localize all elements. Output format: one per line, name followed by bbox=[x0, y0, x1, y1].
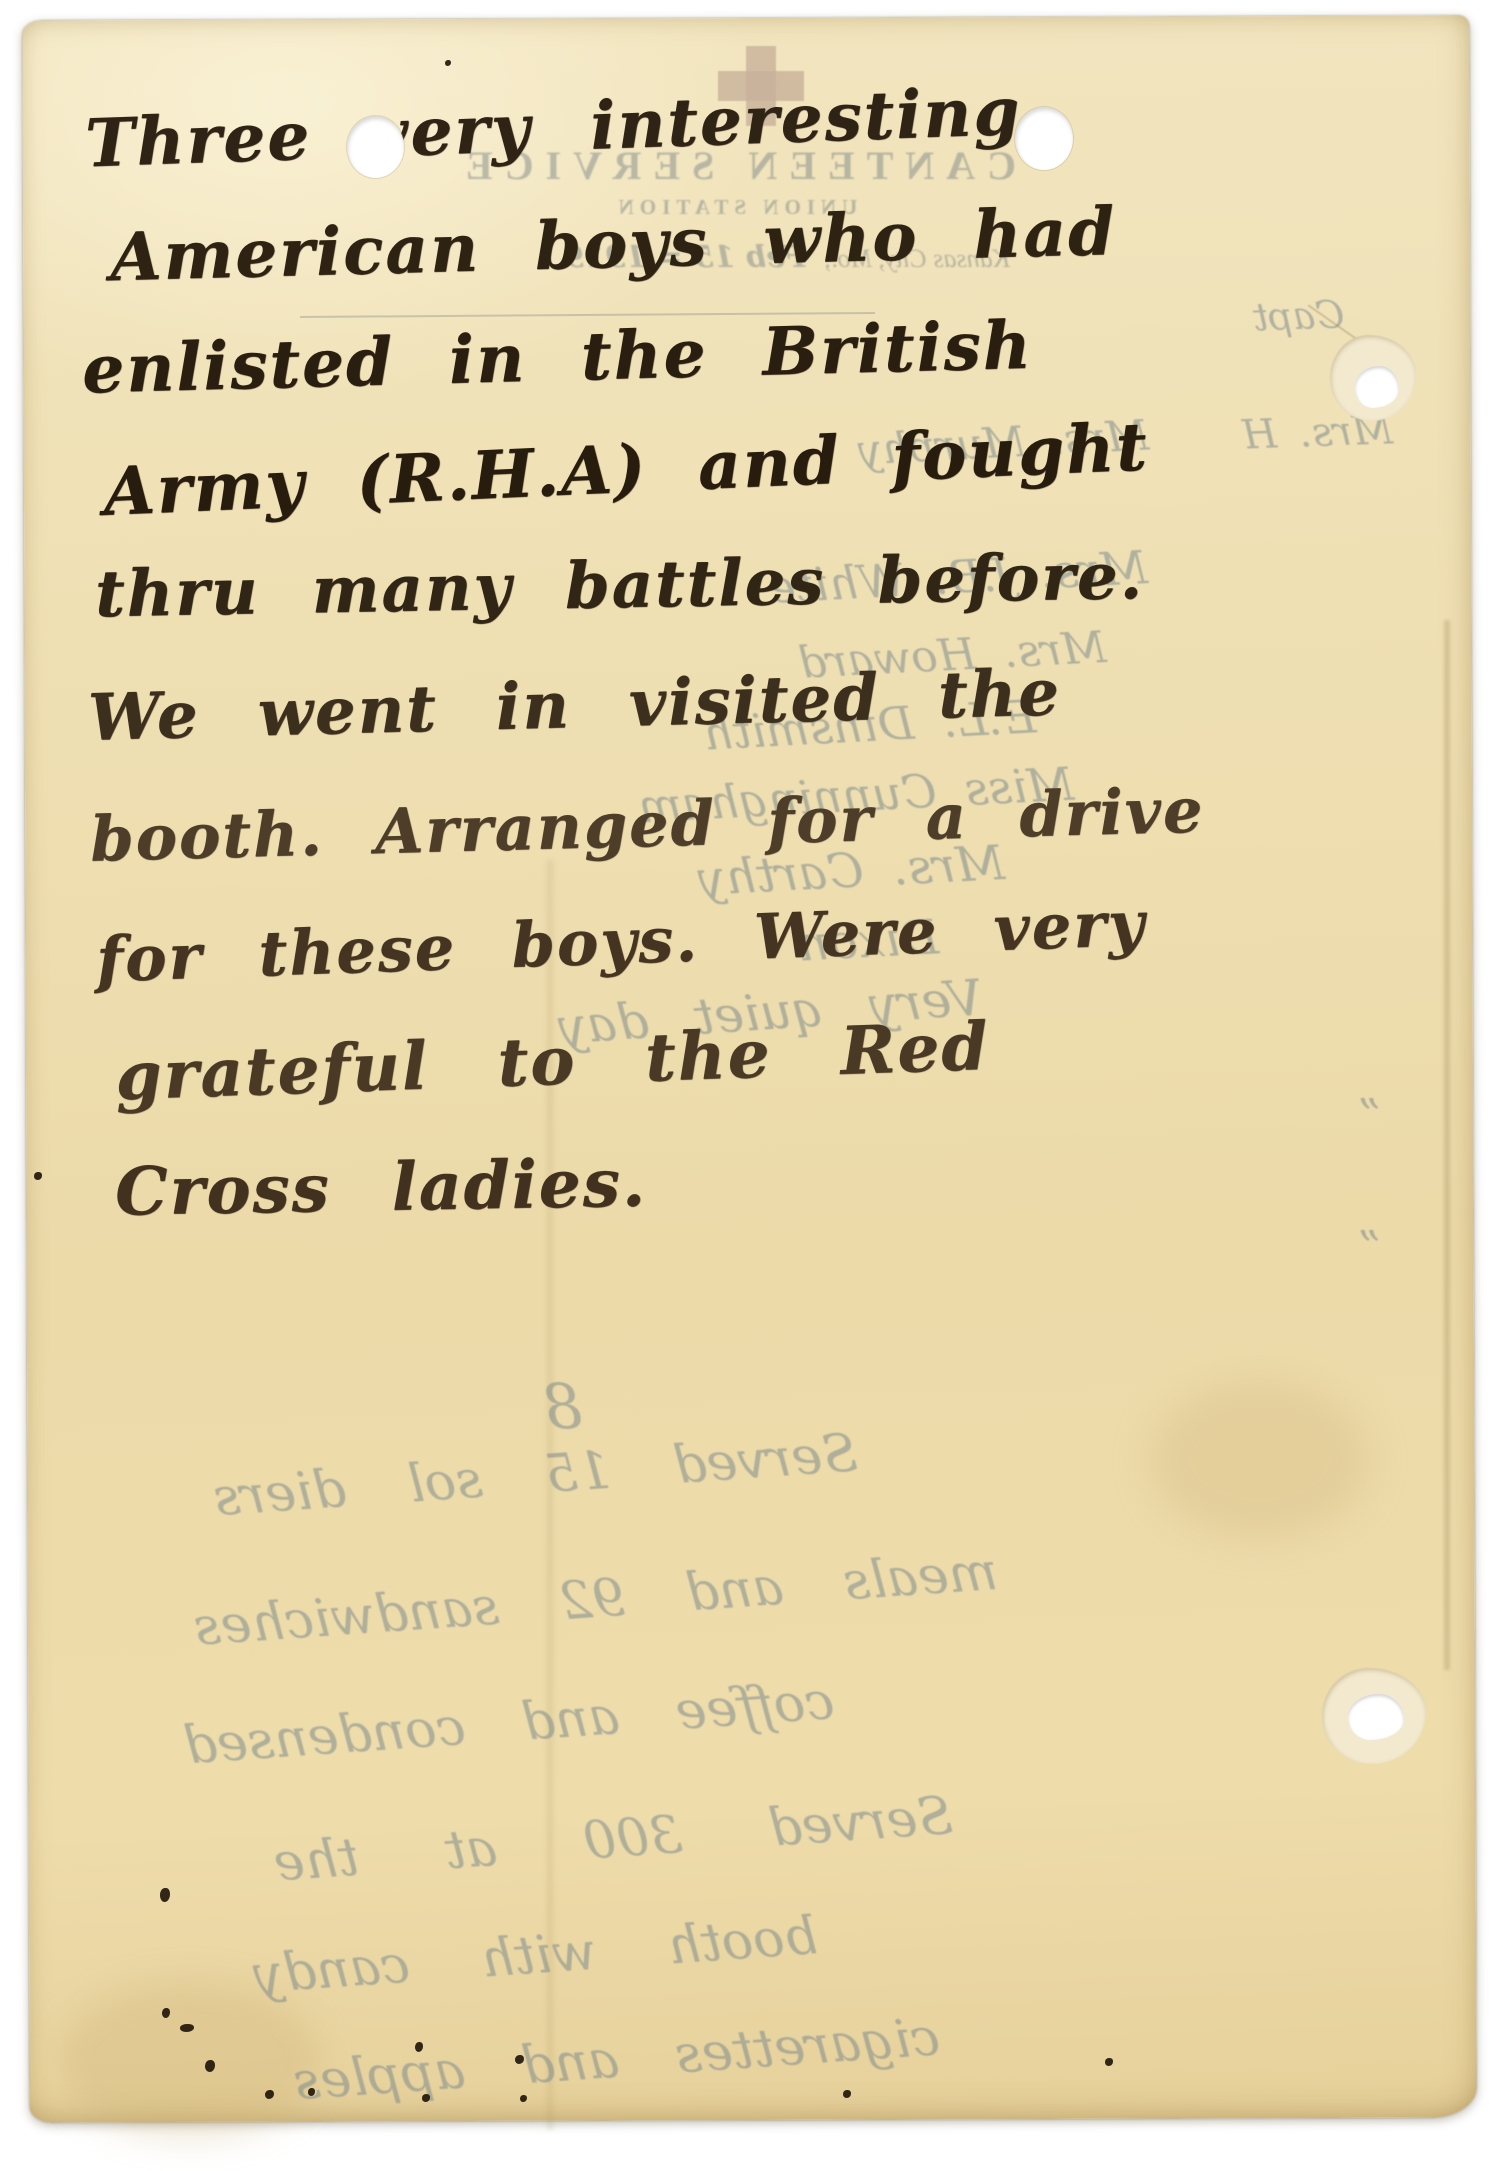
document-scan: CANTEEN SERVICE UNION STATION Kansas Cit… bbox=[0, 0, 1500, 2171]
bleed-line: ” bbox=[1358, 1090, 1381, 1141]
punch-hole bbox=[347, 116, 404, 178]
bleed-line: Capt bbox=[1252, 292, 1345, 339]
bleed-line: ” bbox=[1358, 1222, 1381, 1273]
bleed-line: 8 bbox=[543, 1370, 582, 1443]
handwriting-line: Cross ladies. bbox=[114, 1143, 647, 1230]
punch-hole bbox=[1015, 107, 1073, 170]
